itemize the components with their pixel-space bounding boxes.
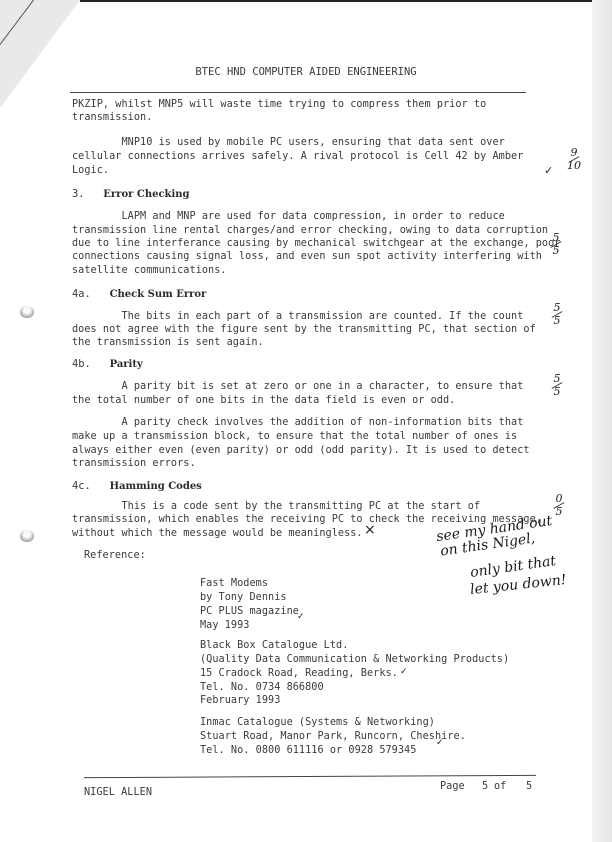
paragraph-line: does not agree with the figure sent by t… [72,323,536,337]
score-check-sum: 55 [549,303,565,326]
section-heading: 4c. Hamming Codes [72,479,202,494]
paragraph-line: without which the message would be meani… [72,527,363,541]
paragraph-line: the transmission is sent again. [72,336,264,350]
section-heading: 4b. Parity [72,357,143,372]
section-heading: 4a. Check Sum Error [72,287,206,302]
section-heading: 3. Error Checking [72,187,190,202]
punch-hole-bottom [20,530,34,542]
cross-mark-hamming: × [364,522,376,538]
paragraph-line: due to line interferance causing by mech… [72,237,561,251]
folded-corner [0,0,80,108]
paragraph-line: This is a code sent by the transmitting … [72,500,480,514]
section-title: Hamming Codes [110,481,202,492]
document-header-title: BTEC HND COMPUTER AIDED ENGINEERING [0,66,612,78]
reference-line: PC PLUS magazine [200,605,299,619]
reference-line: Black Box Catalogue Ltd. [200,639,348,653]
page-top-edge [80,0,592,2]
intro-line: PKZIP, whilst MNP5 will waste time tryin… [72,98,486,112]
tick-mark-intro: ✓ [544,164,553,177]
footer-page-total: 5 [526,780,532,794]
section-title: Error Checking [103,189,189,200]
reference-line: 15 Cradock Road, Reading, Berks. [200,667,398,681]
reference-line: Inmac Catalogue (Systems & Networking) [200,716,435,730]
footer-page-label: Page [440,780,465,794]
scan-edge-strip [592,0,612,842]
reference-line: Tel. No. 0800 611116 or 0928 579345 [200,744,416,758]
paragraph-line: always either even (even parity) or odd … [72,444,530,458]
score-error-checking: 55 [548,233,564,256]
paragraph-line: MNP10 is used by mobile PC users, ensuri… [72,136,505,150]
punch-hole-top [20,306,34,318]
section-number: 4c. [72,480,91,492]
paragraph-line: satellite communications. [72,264,227,278]
paragraph-line: make up a transmission block, to ensure … [72,430,517,444]
paragraph-line: A parity check involves the addition of … [72,416,523,430]
section-number: 4b. [72,358,91,370]
paragraph-line: LAPM and MNP are used for data compressi… [72,210,505,224]
footer-rule [84,775,536,778]
reference-line: by Tony Dennis [200,591,287,605]
paragraph-line: Logic. [72,164,109,178]
score-parity: 55 [549,374,565,397]
reference-line: (Quality Data Communication & Networking… [200,653,509,667]
footer-author: NIGEL ALLEN [84,786,152,800]
paragraph-line: A parity bit is set at zero or one in a … [72,380,523,394]
score-intro: 910 [566,148,582,171]
footer-page-of: of [494,780,506,794]
header-rule [70,92,526,93]
reference-line: February 1993 [200,694,280,708]
tick-mark-ref1: ✓ [297,612,305,622]
section-number: 3. [72,188,85,200]
paragraph-line: the total number of one bits in the data… [72,394,455,408]
intro-line: transmission. [72,111,152,125]
reference-label: Reference: [84,549,146,563]
paragraph-line: cellular connections arrives safely. A r… [72,150,523,164]
reference-line: May 1993 [200,619,249,633]
section-title: Check Sum Error [110,289,207,300]
tick-mark-ref3: ✓ [436,738,444,748]
paragraph-line: The bits in each part of a transmission … [72,310,523,324]
reference-line: Tel. No. 0734 866800 [200,681,324,695]
score-hamming: 05 [551,494,567,517]
paragraph-line: connections causing signal loss, and eve… [72,250,542,264]
section-title: Parity [110,359,143,370]
section-number: 4a. [72,288,91,300]
footer-page-current: 5 [482,780,488,794]
reference-line: Fast Modems [200,577,268,591]
paragraph-line: transmission line rental charges/and err… [72,224,548,238]
reference-line: Stuart Road, Manor Park, Runcorn, Cheshi… [200,730,466,744]
paragraph-line: transmission errors. [72,457,196,471]
tick-mark-ref2: ✓ [400,667,408,677]
